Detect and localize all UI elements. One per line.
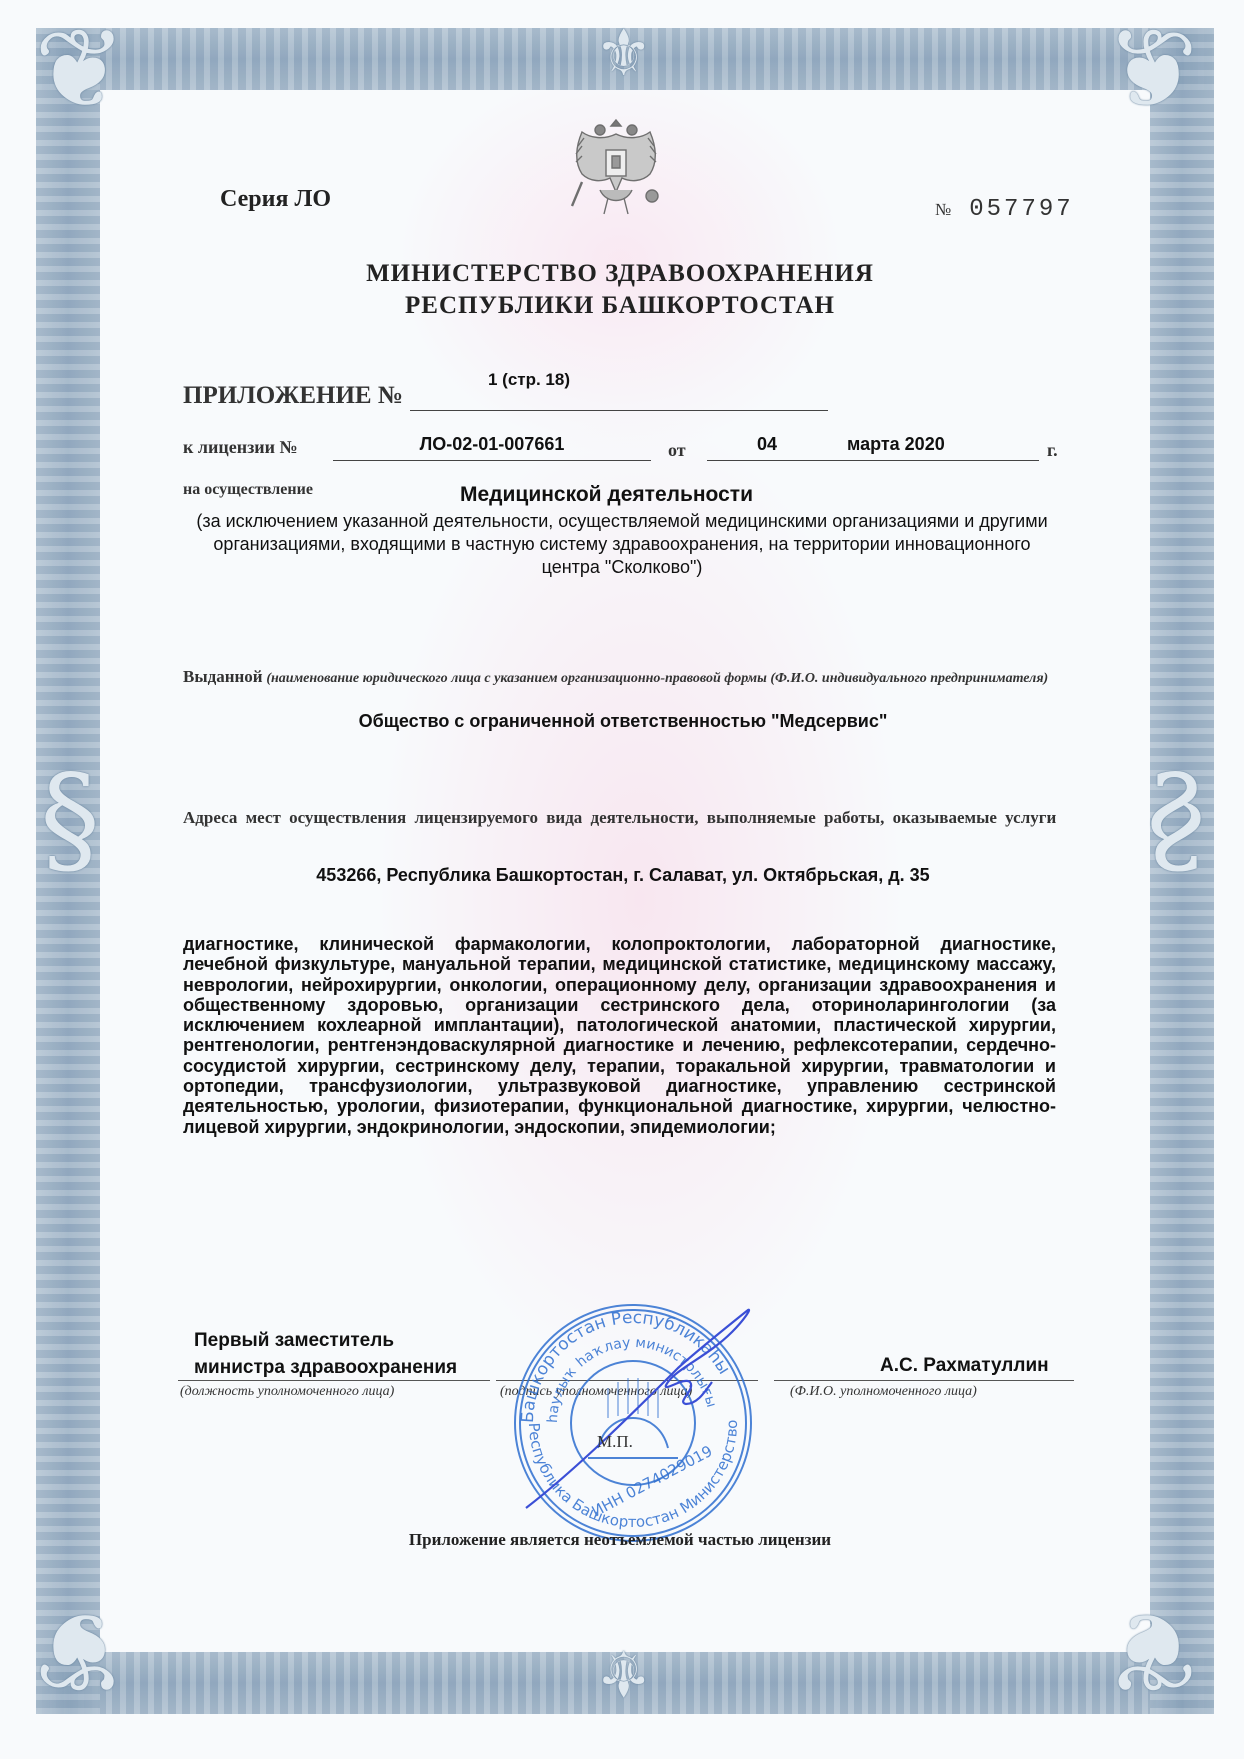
- issued-to-hint: (наименование юридического лица с указан…: [266, 671, 1048, 686]
- license-month-year: марта 2020: [847, 434, 945, 455]
- acanthus-ornament-icon: ❦: [1106, 1596, 1198, 1706]
- scroll-ornament-icon: §: [1146, 760, 1206, 880]
- number-sign: №: [935, 200, 951, 219]
- license-number-label: к лицензии №: [183, 437, 298, 458]
- signer-name: А.С. Рахматуллин: [880, 1355, 1049, 1377]
- issued-to-label: Выданной: [183, 667, 263, 686]
- footer-note: Приложение является неотъемлемой частью …: [200, 1530, 1040, 1550]
- signer-position-line-1: Первый заместитель: [194, 1327, 457, 1354]
- fleur-de-lis-ornament-icon: ⚜: [595, 22, 652, 86]
- organization-name: Общество с ограниченной ответственностью…: [183, 711, 1063, 732]
- year-suffix: г.: [1047, 440, 1058, 461]
- activity-label: на осуществление: [183, 481, 313, 499]
- license-date-field: 04 марта 2020: [707, 434, 1039, 461]
- appendix-label: ПРИЛОЖЕНИЕ №: [183, 382, 403, 410]
- ministry-line-1: МИНИСТЕРСТВО ЗДРАВООХРАНЕНИЯ: [200, 258, 1040, 290]
- position-caption: (должность уполномоченного лица): [180, 1384, 394, 1400]
- activity-exception-note: (за исключением указанной деятельности, …: [186, 510, 1058, 579]
- appendix-number-field: 1 (стр. 18): [410, 370, 828, 411]
- form-number: №057797: [935, 196, 1074, 223]
- fleur-de-lis-ornament-icon: ⚜: [595, 1640, 652, 1704]
- license-number-field: ЛО-02-01-007661: [333, 434, 651, 461]
- position-underline: [178, 1380, 490, 1381]
- appendix-number-value: 1 (стр. 18): [410, 370, 648, 390]
- scroll-ornament-icon: §: [40, 760, 100, 880]
- name-caption: (Ф.И.О. уполномоченного лица): [790, 1384, 977, 1400]
- license-day: 04: [757, 434, 777, 455]
- address-value: 453266, Республика Башкортостан, г. Сала…: [183, 865, 1063, 886]
- official-seal-stamp-icon: Башкортостан Республикаһы һаулыҡ һаҡлау …: [508, 1298, 758, 1548]
- name-underline: [774, 1380, 1074, 1381]
- acanthus-ornament-icon: ❦: [1106, 14, 1198, 124]
- acanthus-ornament-icon: ❦: [34, 1596, 126, 1706]
- signer-position: Первый заместитель министра здравоохране…: [194, 1327, 457, 1381]
- license-appendix-page: ❦ ❦ ❦ ❦ ⚜ ⚜ § § Серия ЛО №057797 МИНИСТЕ…: [0, 0, 1244, 1759]
- issued-to-block: Выданной (наименование юридического лица…: [183, 665, 1063, 691]
- acanthus-ornament-icon: ❦: [34, 14, 126, 124]
- coat-of-arms-icon: [560, 112, 672, 222]
- seal-place-label: М.П.: [597, 1432, 633, 1452]
- series-label: Серия ЛО: [220, 186, 331, 213]
- form-number-value: 057797: [969, 196, 1073, 223]
- ministry-line-2: РЕСПУБЛИКИ БАШКОРТОСТАН: [200, 290, 1040, 322]
- issuing-authority: МИНИСТЕРСТВО ЗДРАВООХРАНЕНИЯ РЕСПУБЛИКИ …: [200, 258, 1040, 322]
- activity-name: Медицинской деятельности: [460, 483, 753, 507]
- signer-position-line-2: министра здравоохранения: [194, 1354, 457, 1381]
- address-header: Адреса мест осуществления лицензируемого…: [183, 805, 1063, 830]
- license-date-label: от: [668, 440, 686, 461]
- licensed-services-list: диагностике, клинической фармакологии, к…: [183, 934, 1056, 1137]
